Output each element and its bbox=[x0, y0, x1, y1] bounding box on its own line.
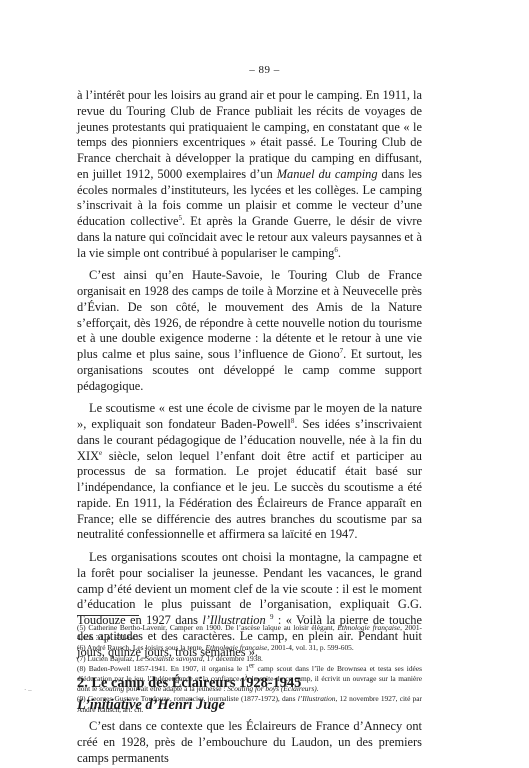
footnote-5: (5) Catherine Bertho-Lavenir, Camper en … bbox=[77, 623, 422, 643]
text: (9) Georges Gustave Toudouze, romancier,… bbox=[77, 694, 298, 703]
paragraph-3: Le scoutisme « est une école de civisme … bbox=[77, 401, 422, 543]
footnote-separator bbox=[77, 615, 139, 616]
journal-title: Ethnologie française bbox=[337, 623, 400, 632]
text: siècle, selon lequel l’enfant doit être … bbox=[77, 449, 422, 542]
book-title: Scouting for boys (Éclaireurs) bbox=[227, 684, 316, 693]
text: (7) Lucien Bajulaz, bbox=[77, 654, 136, 663]
footnotes: (5) Catherine Bertho-Lavenir, Camper en … bbox=[77, 623, 422, 715]
text: . bbox=[317, 684, 319, 693]
journal-title: Ethnologie française bbox=[206, 643, 268, 652]
margin-mark: · – bbox=[24, 686, 32, 694]
italic-term: scouting bbox=[99, 684, 124, 693]
footnote-9: (9) Georges Gustave Toudouze, romancier,… bbox=[77, 694, 422, 714]
paragraph-2: C’est ainsi qu’en Haute-Savoie, le Touri… bbox=[77, 268, 422, 394]
text: (5) Catherine Bertho-Lavenir, Camper en … bbox=[77, 623, 337, 632]
paragraph-1: à l’intérêt pour les loisirs au grand ai… bbox=[77, 88, 422, 261]
publication-title: l’Illustration bbox=[298, 694, 336, 703]
newspaper-title: Le Socialiste savoyard bbox=[136, 654, 203, 663]
text: pouvait être adapté à la jeunesse : bbox=[124, 684, 227, 693]
paragraph-5: C’est dans ce contexte que les Éclaireur… bbox=[77, 719, 422, 766]
text: . bbox=[338, 246, 341, 260]
footnote-8: (8) Baden-Powell 1857-1941. En 1907, il … bbox=[77, 664, 422, 695]
text: (6) André Rausch, Les loisirs sous la te… bbox=[77, 643, 206, 652]
text: , 2001-4, vol. 31, p. 599-605. bbox=[267, 643, 353, 652]
footnote-6: (6) André Rausch, Les loisirs sous la te… bbox=[77, 643, 422, 653]
book-title: Manuel du camping bbox=[277, 167, 378, 181]
text: (8) Baden-Powell 1857-1941. En 1907, il … bbox=[77, 664, 249, 673]
page-number: – 89 – bbox=[0, 64, 529, 76]
